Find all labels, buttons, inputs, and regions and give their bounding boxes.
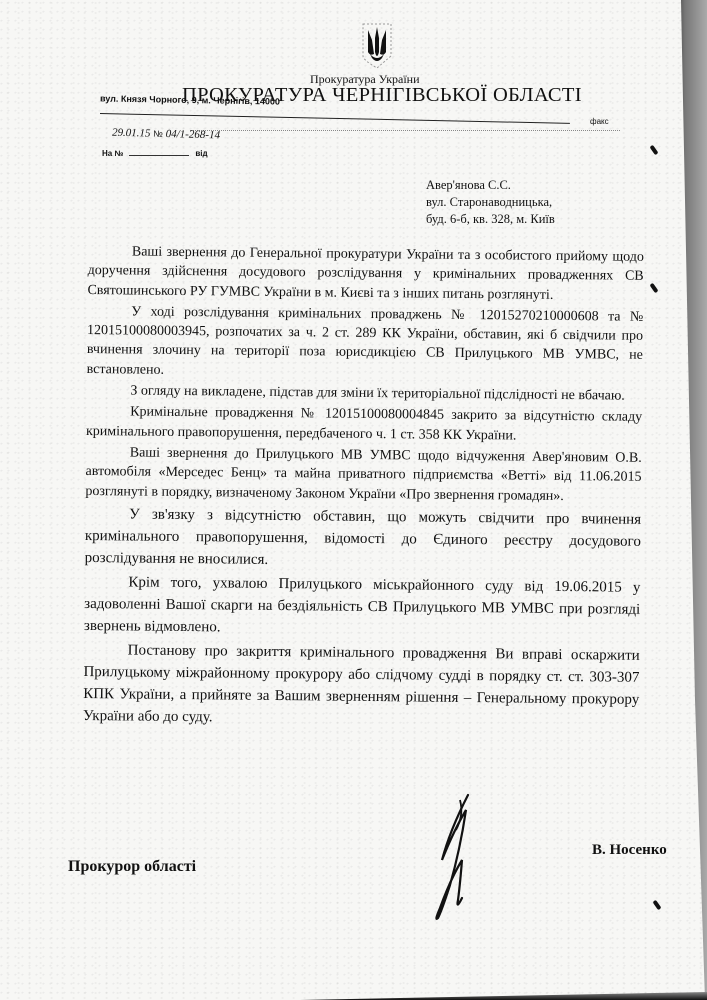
handwritten-signature-icon bbox=[420, 790, 500, 925]
outgoing-number: 04/1-268-14 bbox=[165, 128, 220, 141]
outgoing-registration: 29.01.15 № 04/1-268-14 bbox=[112, 127, 220, 142]
paragraph: Ваші звернення до Генеральної прокуратур… bbox=[87, 242, 644, 306]
incoming-from-label: від bbox=[195, 149, 207, 158]
outgoing-date: 29.01.15 bbox=[112, 127, 151, 140]
scan-shadow-right bbox=[667, 0, 707, 1000]
letterhead-divider bbox=[100, 113, 570, 124]
scanned-letter-page: Прокуратура України ПРОКУРАТУРА ЧЕРНІГІВ… bbox=[0, 0, 707, 1000]
paragraph: Крім того, ухвалою Прилуцького міськрайо… bbox=[84, 571, 641, 643]
paragraph: У ході розслідування кримінальних провад… bbox=[87, 302, 644, 385]
paragraph: Кримінальне провадження № 12015100080004… bbox=[86, 402, 642, 446]
recipient-building: буд. 6-б, кв. 328, м. Київ bbox=[426, 211, 555, 228]
scan-shadow-bottom bbox=[300, 992, 707, 1000]
signer-name: В. Носенко bbox=[592, 842, 667, 859]
tryzub-coat-of-arms-icon bbox=[360, 22, 394, 70]
recipient-block: Авер'янова С.С. вул. Старонаводницька, б… bbox=[426, 177, 555, 228]
fax-label: факс bbox=[590, 117, 609, 126]
number-label: № bbox=[153, 129, 163, 139]
scan-speck bbox=[649, 283, 658, 293]
incoming-number-blank bbox=[129, 155, 189, 156]
incoming-number-label: На № bbox=[102, 149, 123, 158]
paragraph: У зв'язку з відсутністю обставин, що мож… bbox=[85, 503, 642, 575]
paragraph: Постанову про закриття кримінального про… bbox=[83, 639, 640, 733]
fax-dotted-line bbox=[190, 130, 620, 131]
scan-speck bbox=[649, 145, 658, 155]
signer-title: Прокурор області bbox=[68, 858, 196, 876]
organization-address: вул. Князя Чорного, 9, м. Чернігів, 1400… bbox=[100, 93, 280, 106]
scan-speck bbox=[652, 900, 661, 910]
incoming-registration: На №від bbox=[102, 149, 208, 158]
recipient-name: Авер'янова С.С. bbox=[426, 177, 555, 194]
recipient-street: вул. Старонаводницька, bbox=[426, 194, 555, 211]
letter-body: Ваші звернення до Генеральної прокуратур… bbox=[83, 242, 644, 735]
paragraph: Ваші звернення до Прилуцького МВ УМВС що… bbox=[85, 443, 642, 507]
